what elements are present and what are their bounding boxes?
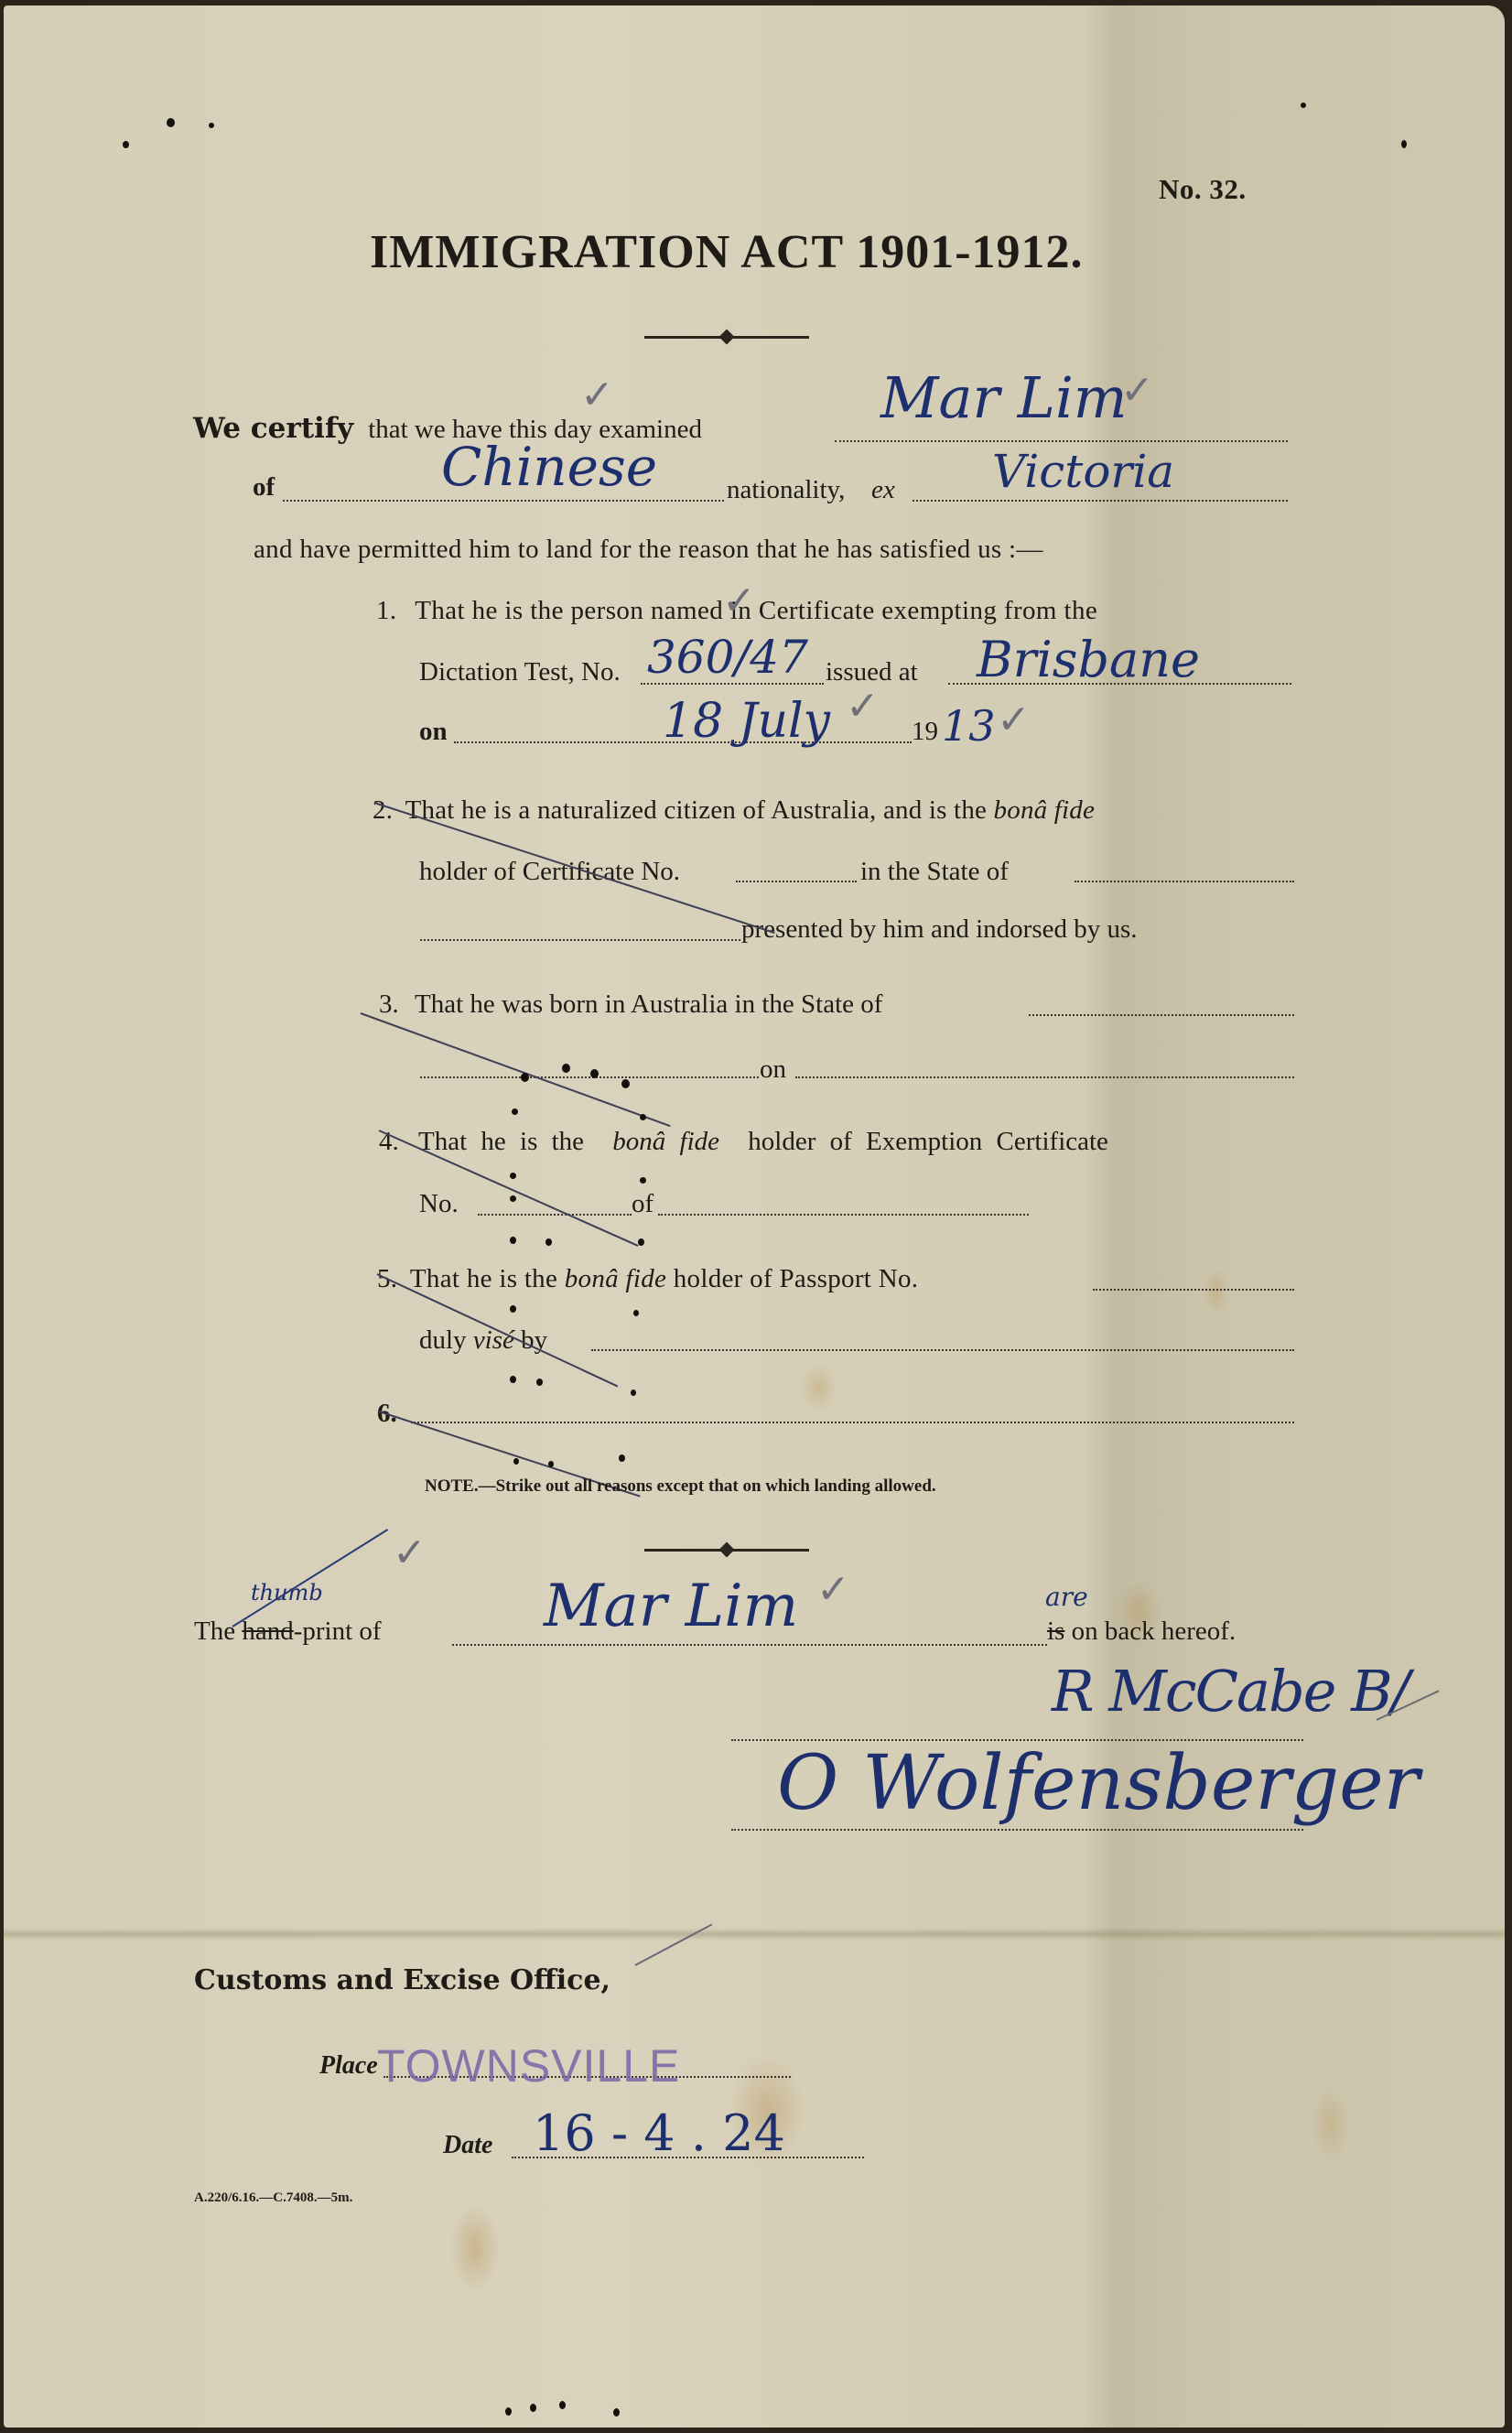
officer-signature-1: R McCabe B/ — [1052, 1658, 1409, 1725]
perforation-dot — [619, 1454, 625, 1462]
reason-3-on-label: on — [760, 1054, 786, 1085]
reason-5-text-end: holder of Passport No. — [674, 1264, 919, 1293]
reason-2-text: That he is a naturalized citizen of Aust… — [405, 795, 987, 825]
vise-by-field[interactable] — [591, 1349, 1294, 1351]
issue-date-field[interactable]: 18 July — [663, 694, 830, 749]
perforation-dot — [510, 1195, 516, 1202]
bona-fide-text: bonâ fide — [994, 795, 1096, 825]
perforation-dot — [536, 1379, 543, 1386]
perforation-dot — [521, 1073, 529, 1082]
note-label: NOTE. — [425, 1476, 479, 1496]
duly-text: duly — [419, 1325, 467, 1355]
reason-2-state-label: in the State of — [860, 857, 1009, 887]
punch-hole — [1301, 103, 1306, 108]
struck-is-word: is — [1047, 1617, 1064, 1646]
perforation-dot — [640, 1177, 646, 1184]
on-label: on — [419, 717, 448, 747]
ship-field[interactable]: Victoria — [992, 445, 1174, 498]
reason-4-no-label: No. — [419, 1189, 459, 1219]
pencil-tick-icon: ✓ — [393, 1530, 427, 1576]
reason-4-of-field[interactable] — [658, 1214, 1029, 1216]
place-label: Place — [319, 2051, 378, 2081]
are-insert: are — [1045, 1582, 1088, 1612]
signature-line-2 — [731, 1829, 1303, 1831]
ex-label: ex — [871, 475, 895, 505]
punch-hole — [505, 2407, 512, 2416]
perforation-dot — [631, 1390, 636, 1396]
year-prefix: 19 — [912, 717, 938, 747]
pencil-tick-icon: ✓ — [997, 697, 1031, 743]
bona-fide-text: bonâ fide — [612, 1127, 719, 1156]
perforation-dot — [510, 1376, 516, 1383]
perforation-dot — [548, 1461, 554, 1467]
reason-4-text-end: holder of Exemption Certificate — [748, 1127, 1108, 1156]
reason-2-certificate-field[interactable] — [736, 881, 857, 882]
punch-hole — [530, 2404, 536, 2412]
reason-2-presented-field[interactable] — [420, 939, 740, 941]
title-ornament-divider — [644, 336, 809, 339]
punch-hole — [559, 2401, 566, 2409]
reason-2-number: 2. — [373, 795, 393, 825]
reason-3-date-field[interactable] — [795, 1076, 1294, 1078]
nationality-label: nationality, — [727, 475, 845, 505]
form-number: No. 32. — [1159, 173, 1247, 206]
nationality-field-line — [283, 500, 724, 502]
perforation-dot — [640, 1114, 646, 1120]
perforation-dot — [513, 1458, 519, 1465]
pencil-tick-icon: ✓ — [1120, 367, 1154, 414]
issue-year-field[interactable]: 13 — [942, 701, 996, 751]
reason-6-field[interactable] — [411, 1422, 1294, 1423]
back-hereof-text: on back hereof. — [1072, 1617, 1237, 1646]
punch-hole — [1401, 140, 1407, 148]
date-field[interactable]: 16 - 4 . 24 — [533, 2104, 785, 2162]
dictation-test-label: Dictation Test, No. — [419, 657, 621, 687]
punch-hole — [123, 141, 129, 148]
reason-2-presented-text: presented by him and indorsed by us. — [741, 914, 1138, 945]
pencil-tick-icon: ✓ — [722, 578, 756, 624]
document-page: No. 32. IMMIGRATION ACT 1901-1912. We ce… — [4, 5, 1505, 2428]
certify-lead: We certify — [193, 412, 353, 445]
of-label: of — [253, 472, 275, 503]
pencil-tick-icon: ✓ — [816, 1566, 850, 1613]
pen-strike-line — [232, 1529, 388, 1627]
reason-4-text: That he is the — [418, 1127, 584, 1156]
permitted-text: and have permitted him to land for the r… — [254, 535, 1043, 565]
bona-fide-text: bonâ fide — [565, 1264, 666, 1293]
pencil-tick-icon: ✓ — [846, 683, 880, 730]
reason-3-state-field[interactable] — [1029, 1014, 1294, 1016]
perforation-dot — [562, 1064, 570, 1073]
examined-name-field[interactable]: Mar Lim — [880, 364, 1128, 431]
struck-hand-word: hand — [242, 1617, 293, 1646]
section-ornament-divider — [644, 1549, 809, 1552]
reason-1-text: That he is the person named in Certifica… — [415, 596, 1097, 625]
print-of-label: -print of — [294, 1617, 382, 1646]
passport-no-field[interactable] — [1093, 1289, 1294, 1291]
perforation-dot — [633, 1310, 639, 1316]
perforation-dot — [621, 1079, 630, 1088]
place-stamp-field[interactable]: TOWNSVILLE — [377, 2039, 680, 2092]
print-name-field-line — [452, 1644, 1047, 1646]
reason-3-place-field[interactable] — [420, 1076, 759, 1078]
perforation-dot — [510, 1305, 516, 1313]
note-text: —Strike out all reasons except that on w… — [479, 1476, 936, 1496]
punch-hole — [167, 118, 175, 127]
date-label: Date — [443, 2131, 492, 2160]
punch-hole — [209, 123, 214, 128]
reason-5-text: That he is the — [410, 1264, 557, 1293]
officer-signature-2: O Wolfensberger — [777, 1740, 1420, 1827]
reason-4-of-label: of — [632, 1189, 653, 1219]
examined-name-field-line — [835, 440, 1288, 442]
perforation-dot — [510, 1173, 516, 1179]
punch-hole — [613, 2408, 620, 2417]
perforation-dot — [638, 1238, 644, 1246]
perforation-dot — [590, 1069, 599, 1078]
reason-2-certificate-label: holder of Certificate No. — [419, 857, 680, 887]
pencil-tick-icon: ✓ — [580, 372, 614, 418]
reason-2-state-field[interactable] — [1075, 881, 1294, 882]
office-heading: Customs and Excise Office, — [194, 1964, 610, 1996]
ship-field-line — [913, 500, 1288, 502]
certificate-no-field[interactable]: 360/47 — [647, 631, 808, 684]
nationality-field[interactable]: Chinese — [441, 436, 657, 498]
perforation-dot — [512, 1108, 518, 1115]
issued-at-field[interactable]: Brisbane — [977, 631, 1200, 688]
perforation-dot — [545, 1238, 552, 1246]
the-label: The — [194, 1617, 235, 1646]
reason-3-text: That he was born in Australia in the Sta… — [415, 989, 882, 1019]
paper-fold — [4, 1928, 1505, 1941]
reason-3-number: 3. — [379, 989, 399, 1019]
reason-4-no-field[interactable] — [478, 1214, 632, 1216]
print-name-field[interactable]: Mar Lim — [544, 1573, 798, 1640]
reason-1-number: 1. — [376, 596, 397, 625]
perforation-dot — [510, 1237, 516, 1244]
page-title: IMMIGRATION ACT 1901-1912. — [370, 225, 1084, 279]
printer-code: A.220/6.16.—C.7408.—5m. — [194, 2190, 352, 2206]
